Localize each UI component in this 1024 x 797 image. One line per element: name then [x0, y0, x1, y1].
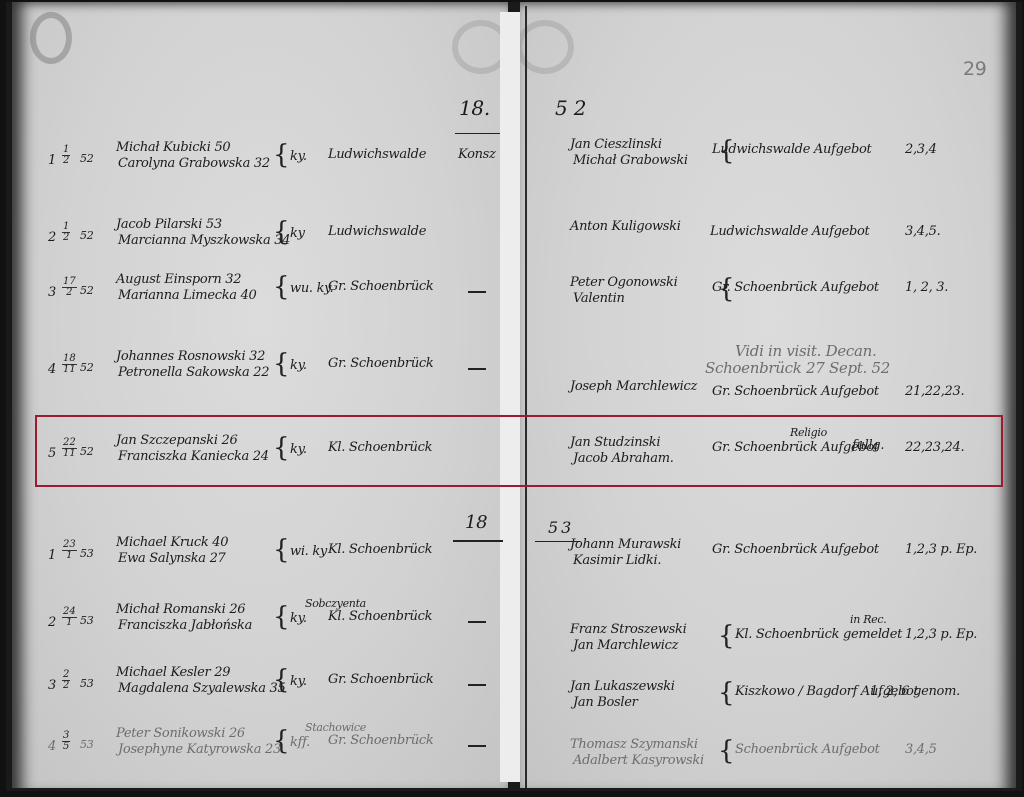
marital-status: kff. — [290, 735, 310, 750]
groom-name: Peter Sonikowski 26 — [116, 726, 245, 741]
groom-name: August Einsporn 32 — [116, 272, 241, 287]
bride-name: Ewa Salynska 27 — [118, 551, 226, 566]
bride-name: Carolyna Grabowska 32 — [118, 156, 270, 171]
entry-number: 4 — [48, 739, 56, 754]
brace: { — [273, 219, 290, 245]
water-stain — [30, 12, 72, 64]
witness-1: Jan Studzinski — [570, 435, 660, 450]
entry-date: 241 — [62, 607, 77, 628]
extra-note: fullg. — [852, 438, 884, 453]
place: Kl. Schoenbrück — [328, 440, 432, 455]
bride-name: Petronella Sakowska 22 — [118, 365, 269, 380]
entry-number: 5 — [48, 446, 56, 461]
entry-year: 52 — [80, 445, 93, 458]
spine-line — [525, 6, 527, 788]
witness-1: Thomasz Szymanski — [570, 737, 698, 752]
witness-2: Jan Marchlewicz — [573, 638, 678, 653]
page-number: 29 — [963, 58, 987, 80]
witness-1: Peter Ogonowski — [570, 275, 677, 290]
banns-dates: 1,2,3 p. Ep. — [905, 627, 977, 642]
note-above: Religio — [790, 426, 827, 439]
brace: { — [273, 728, 290, 754]
year-header-left: 18. — [459, 96, 490, 120]
brace: { — [718, 738, 735, 764]
marital-status: ky. — [290, 442, 307, 457]
rule — [453, 540, 503, 542]
place: Kl. Schoenbrück — [328, 609, 432, 624]
bride-name: Josephyne Katyrowska 23 — [118, 742, 281, 757]
entry-date: 1811 — [62, 354, 77, 375]
entry-number: 4 — [48, 362, 56, 377]
place: Kl. Schoenbrück — [328, 542, 432, 557]
entry-year: 53 — [80, 738, 93, 751]
brace: { — [273, 435, 290, 461]
place: Ludwichswalde Aufgebot — [710, 224, 869, 239]
witness-2: Jacob Abraham. — [573, 451, 674, 466]
marital-status: ky. — [290, 674, 307, 689]
entry-year: 52 — [80, 152, 93, 165]
entry-number: 1 — [48, 153, 56, 168]
witness-1: Joseph Marchlewicz — [570, 379, 697, 394]
banns-dates: 1,2,3 p. Ep. — [905, 542, 977, 557]
year-header-left-2: 18 — [465, 512, 487, 533]
place: Gr. Schoenbrück Aufgebot — [712, 280, 879, 295]
place: Gr. Schoenbrück — [328, 672, 433, 687]
bride-name: Marcianna Myszkowska 34 — [118, 233, 290, 248]
place: Ludwichswalde — [328, 147, 426, 162]
witness-2: Valentin — [573, 291, 625, 306]
entry-number: 2 — [48, 615, 56, 630]
entry-year: 52 — [80, 361, 93, 374]
bride-name: Magdalena Szyalewska 35 — [118, 681, 285, 696]
visitation-annotation: Vidi in visit. Decan. — [735, 342, 876, 360]
place: Gr. Schoenbrück — [328, 733, 433, 748]
place: Schoenbrück Aufgebot — [735, 742, 880, 757]
witness-1: Anton Kuligowski — [570, 219, 681, 234]
place: Ludwichswalde — [328, 224, 426, 239]
brace: { — [273, 667, 290, 693]
dash-mark — [468, 621, 486, 623]
banns-dates: 22,23,24. — [905, 440, 964, 455]
note-above: in Rec. — [850, 613, 886, 626]
groom-name: Michał Kubicki 50 — [116, 140, 230, 155]
place: Gr. Schoenbrück — [328, 279, 433, 294]
groom-name: Jacob Pilarski 53 — [116, 217, 222, 232]
groom-name: Michał Romanski 26 — [116, 602, 245, 617]
entry-date: 172 — [62, 277, 77, 298]
groom-name: Johannes Rosnowski 32 — [116, 349, 265, 364]
entry-number: 1 — [48, 548, 56, 563]
entry-date: 22 — [62, 670, 70, 691]
entry-year: 52 — [80, 229, 93, 242]
entry-year: 53 — [80, 547, 93, 560]
brace: { — [273, 537, 290, 563]
marital-status: ky. — [290, 149, 307, 164]
witness-1: Jan Lukaszewski — [570, 679, 675, 694]
witness-2: Jan Bosler — [573, 695, 638, 710]
entry-year: 52 — [80, 284, 93, 297]
water-stain — [520, 20, 574, 74]
visitation-annotation: Schoenbrück 27 Sept. 52 — [705, 359, 890, 377]
brace: { — [273, 142, 290, 168]
brace: { — [718, 623, 735, 649]
banns-dates: 2,3,4 — [905, 142, 937, 157]
brace: { — [273, 351, 290, 377]
witness-1: Jan Cieszlinski — [570, 137, 662, 152]
entry-number: 3 — [48, 285, 56, 300]
marital-status: wu. ky. — [290, 281, 333, 296]
entry-year: 53 — [80, 677, 93, 690]
entry-year: 53 — [80, 614, 93, 627]
witness-1: Johann Murawski — [570, 537, 681, 552]
witness-1: Franz Stroszewski — [570, 622, 686, 637]
left-page — [12, 2, 508, 788]
entry-date: 12 — [62, 222, 70, 243]
rule — [455, 133, 500, 134]
banns-dates: 1, 2, 3. — [905, 280, 948, 295]
banns-dates: 21,22,23. — [905, 384, 964, 399]
place: Kl. Schoenbrück gemeldet — [735, 627, 902, 642]
marital-status: ky — [290, 226, 305, 241]
brace: { — [273, 274, 290, 300]
entry-number: 2 — [48, 230, 56, 245]
dash-mark — [468, 291, 486, 293]
entry-number: 3 — [48, 678, 56, 693]
entry-date: 231 — [62, 540, 77, 561]
brace: { — [718, 680, 735, 706]
witness-2: Kasimir Lidki. — [573, 553, 661, 568]
marital-status: ky. — [290, 358, 307, 373]
entry-date: 35 — [62, 731, 70, 752]
place: Gr. Schoenbrück Aufgebot — [712, 542, 879, 557]
place: Gr. Schoenbrück Aufgebot — [712, 384, 879, 399]
banns-dates: 3,4,5 — [905, 742, 937, 757]
dash-mark — [468, 745, 486, 747]
marital-status: ky. — [290, 611, 307, 626]
banns-dates: 3,4,5. — [905, 224, 940, 239]
place: Ludwichswalde Aufgebot — [712, 142, 871, 157]
place: Gr. Schoenbrück — [328, 356, 433, 371]
entry-date: 2211 — [62, 438, 77, 459]
witness-2: Adalbert Kasyrowski — [573, 753, 704, 768]
groom-name: Michael Kruck 40 — [116, 535, 228, 550]
groom-name: Michael Kesler 29 — [116, 665, 230, 680]
entry-date: 12 — [62, 145, 70, 166]
groom-name: Jan Szczepanski 26 — [116, 433, 237, 448]
year-header-right: 52 — [555, 96, 592, 120]
year-header-right-2: 53 — [548, 518, 574, 537]
dash-mark — [468, 368, 486, 370]
note: Konsz — [458, 147, 496, 162]
dash-mark — [468, 684, 486, 686]
bride-name: Franciszka Kaniecka 24 — [118, 449, 269, 464]
banns-dates: 1, 2, 6 genom. — [870, 684, 960, 699]
marital-status: wi. ky — [290, 544, 327, 559]
gutter — [500, 12, 522, 782]
brace: { — [273, 604, 290, 630]
bride-name: Marianna Limecka 40 — [118, 288, 257, 303]
witness-2: Michał Grabowski — [573, 153, 688, 168]
bride-name: Franciszka Jabłońska — [118, 618, 252, 633]
